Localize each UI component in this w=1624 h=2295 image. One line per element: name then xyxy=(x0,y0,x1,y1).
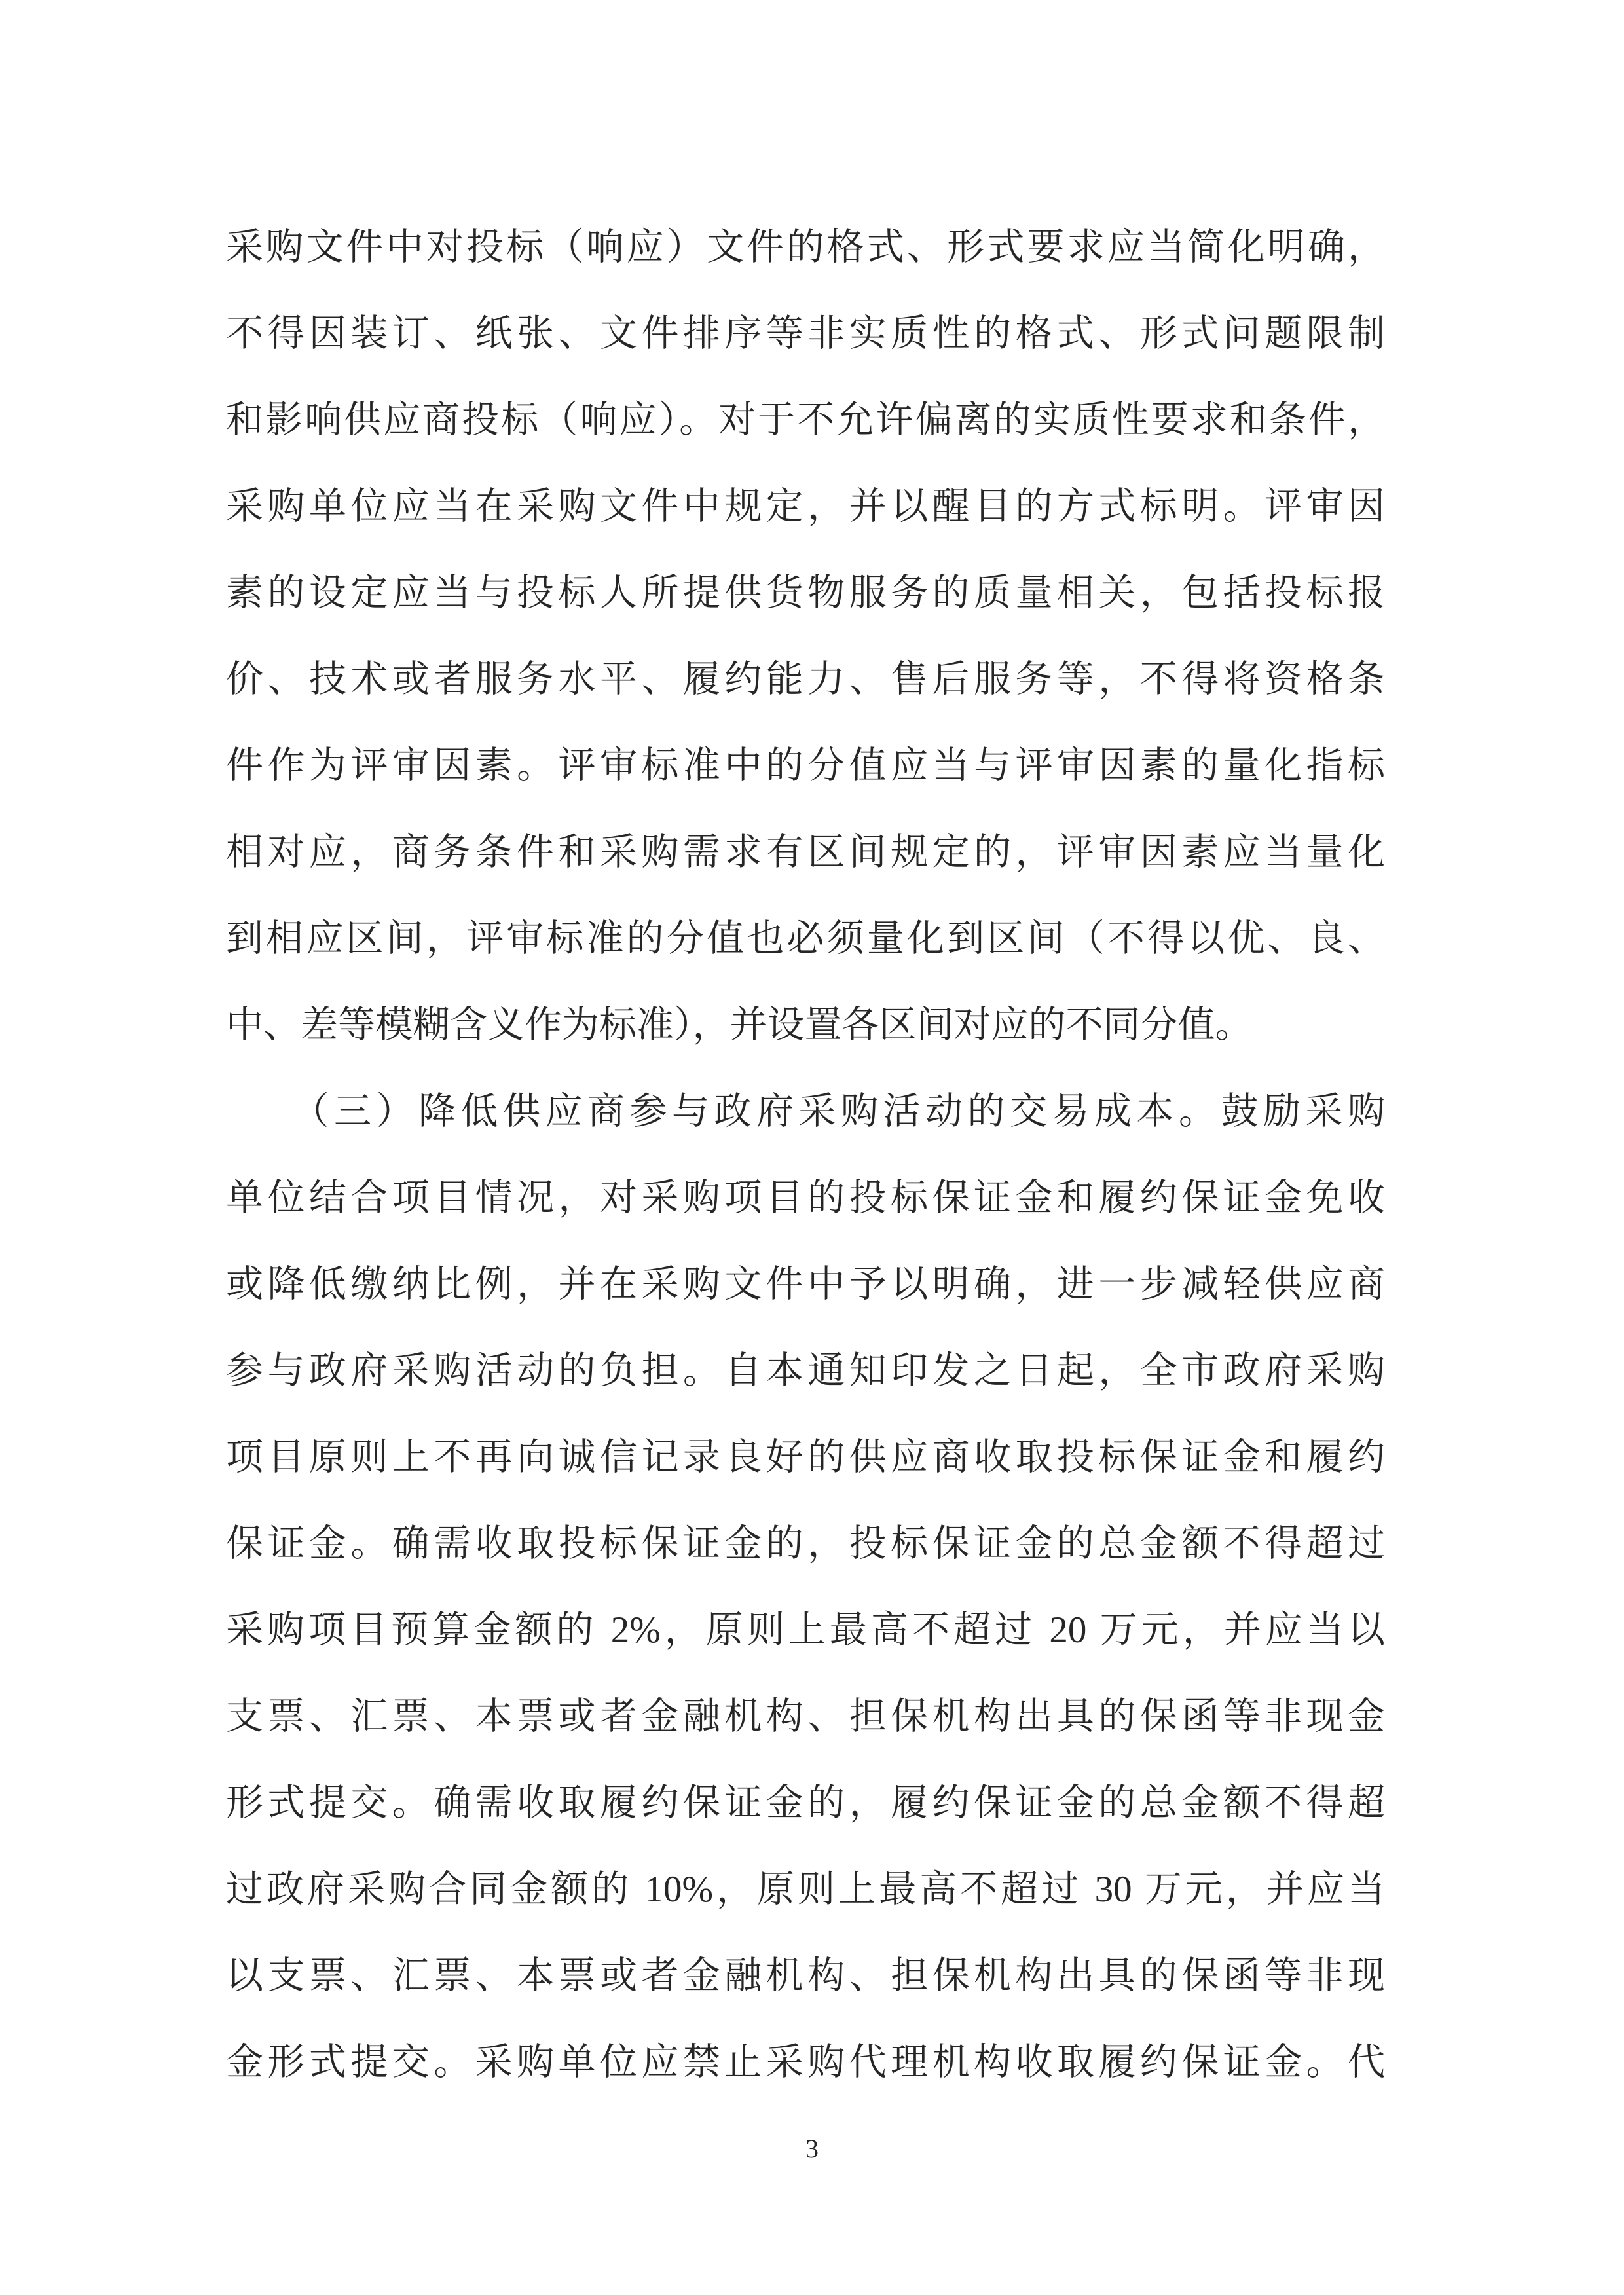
text-line: 相对应，商务条件和采购需求有区间规定的，评审因素应当量化 xyxy=(226,809,1385,896)
text-line: 中、差等模糊含义作为标准），并设置各区间对应的不同分值。 xyxy=(226,982,1385,1069)
document-page: 采购文件中对投标（响应）文件的格式、形式要求应当简化明确， 不得因装订、纸张、文… xyxy=(0,0,1624,2295)
text-line: 支票、汇票、本票或者金融机构、担保机构出具的保函等非现金 xyxy=(226,1674,1385,1760)
text-line: 采购文件中对投标（响应）文件的格式、形式要求应当简化明确， xyxy=(226,204,1385,291)
text-line: 价、技术或者服务水平、履约能力、售后服务等，不得将资格条 xyxy=(226,636,1385,723)
text-line: 不得因装订、纸张、文件排序等非实质性的格式、形式问题限制 xyxy=(226,291,1385,377)
body-text: 采购文件中对投标（响应）文件的格式、形式要求应当简化明确， 不得因装订、纸张、文… xyxy=(226,204,1385,2106)
text-line: 素的设定应当与投标人所提供货物服务的质量相关，包括投标报 xyxy=(226,550,1385,636)
text-line: 单位结合项目情况，对采购项目的投标保证金和履约保证金免收 xyxy=(226,1155,1385,1241)
text-line: 过政府采购合同金额的 10%，原则上最高不超过 30 万元，并应当 xyxy=(226,1846,1385,1933)
text-line: 形式提交。确需收取履约保证金的，履约保证金的总金额不得超 xyxy=(226,1760,1385,1846)
text-line: 采购项目预算金额的 2%，原则上最高不超过 20 万元，并应当以 xyxy=(226,1587,1385,1674)
page-number: 3 xyxy=(0,2129,1624,2169)
text-line: 以支票、汇票、本票或者金融机构、担保机构出具的保函等非现 xyxy=(226,1933,1385,2019)
text-line: 项目原则上不再向诚信记录良好的供应商收取投标保证金和履约 xyxy=(226,1414,1385,1501)
text-line: 件作为评审因素。评审标准中的分值应当与评审因素的量化指标 xyxy=(226,723,1385,809)
text-line: 金形式提交。采购单位应禁止采购代理机构收取履约保证金。代 xyxy=(226,2019,1385,2106)
text-line: 采购单位应当在采购文件中规定，并以醒目的方式标明。评审因 xyxy=(226,464,1385,550)
text-line: 参与政府采购活动的负担。自本通知印发之日起，全市政府采购 xyxy=(226,1328,1385,1414)
text-line: （三）降低供应商参与政府采购活动的交易成本。鼓励采购 xyxy=(226,1069,1385,1155)
text-line: 或降低缴纳比例，并在采购文件中予以明确，进一步减轻供应商 xyxy=(226,1241,1385,1328)
text-line: 和影响供应商投标（响应）。对于不允许偏离的实质性要求和条件， xyxy=(226,377,1385,464)
text-line: 到相应区间，评审标准的分值也必须量化到区间（不得以优、良、 xyxy=(226,896,1385,982)
text-line: 保证金。确需收取投标保证金的，投标保证金的总金额不得超过 xyxy=(226,1501,1385,1587)
